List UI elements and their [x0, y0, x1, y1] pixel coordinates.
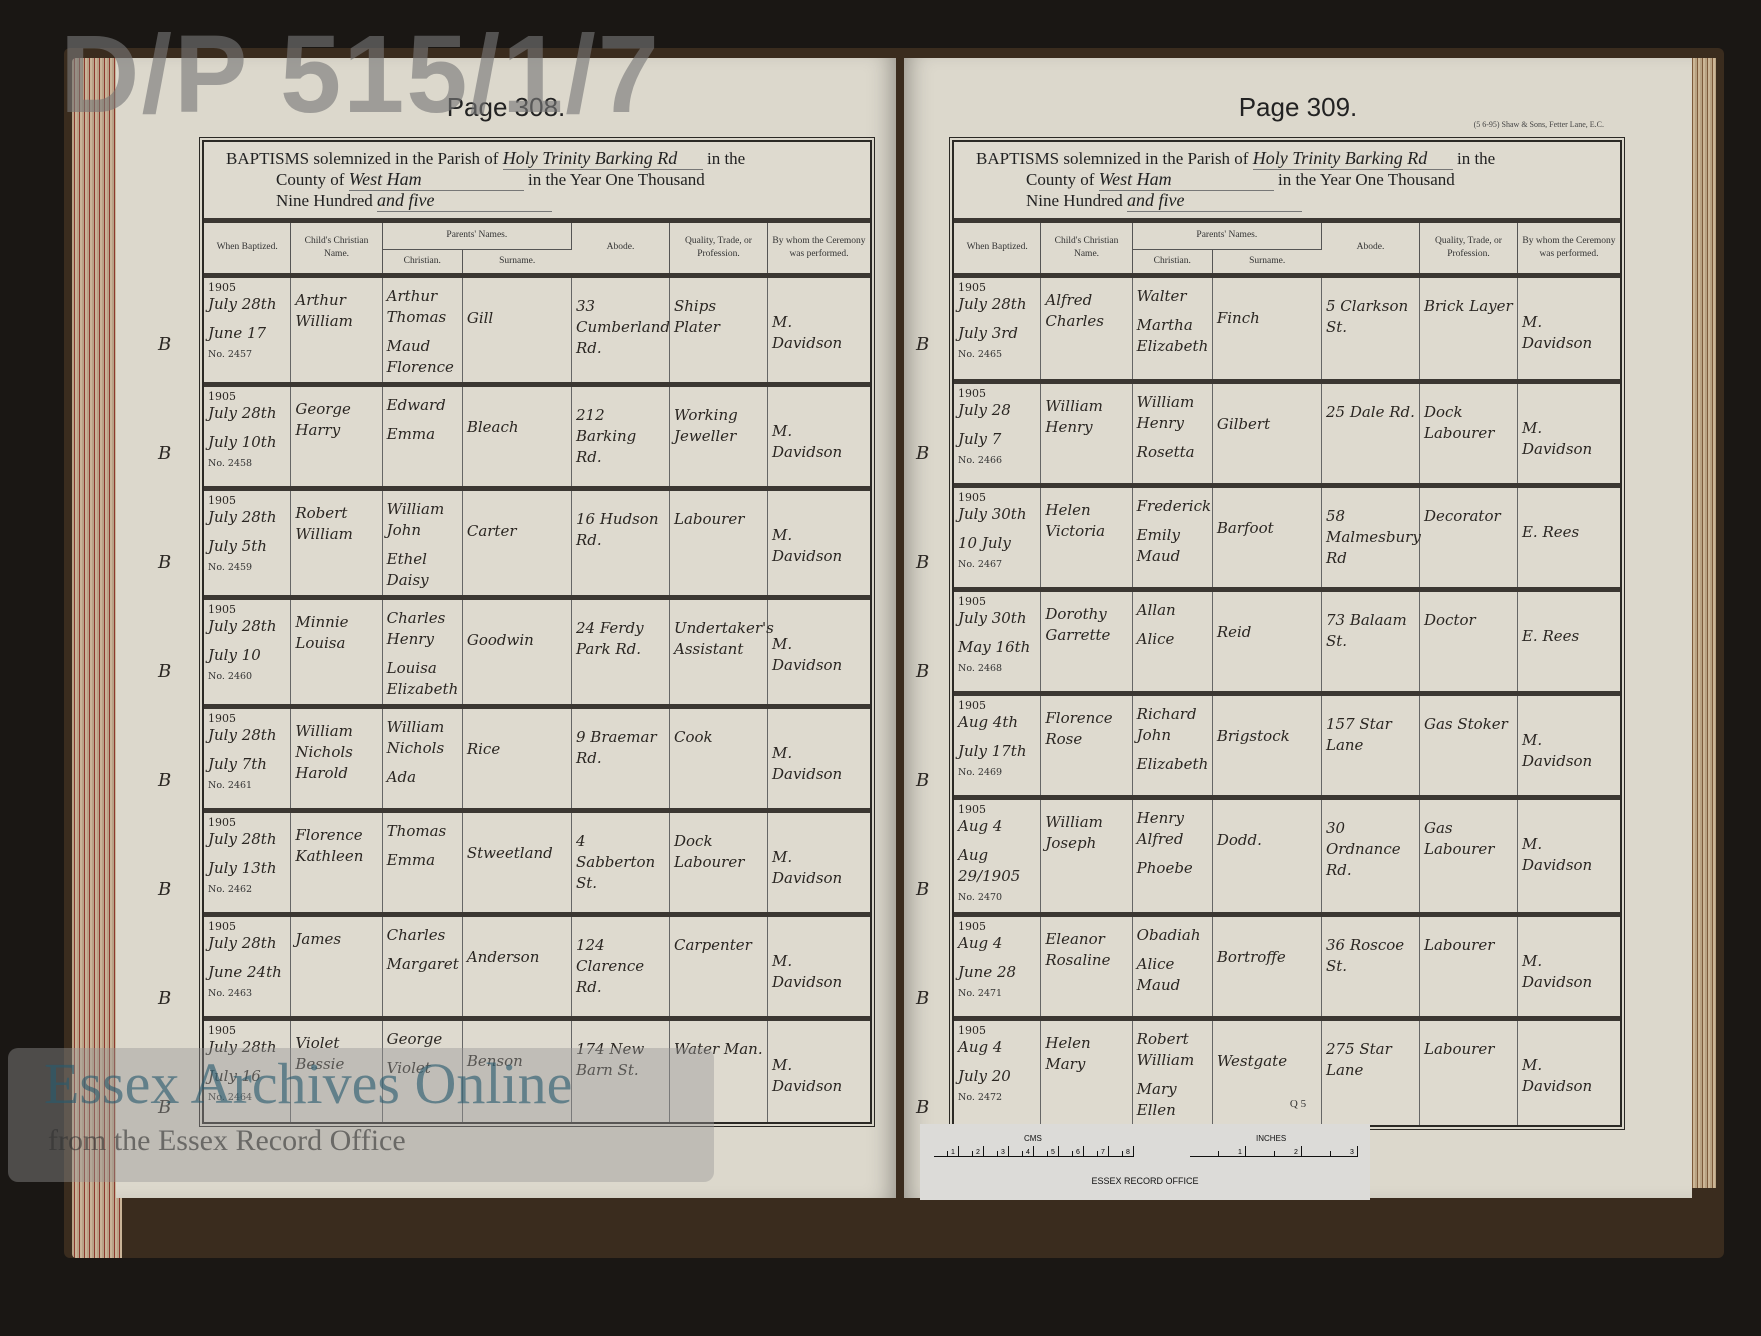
- father-name: Arthur Thomas: [387, 286, 458, 328]
- parents-christian-cell: AllanAlice: [1132, 590, 1212, 694]
- inch-scale: 123: [1190, 1146, 1358, 1157]
- entry-number: No. 2469: [958, 762, 1036, 783]
- ruler-number: 8: [1126, 1149, 1130, 1156]
- officiant: M. Davidson: [767, 597, 870, 706]
- ruler-number: 7: [1101, 1149, 1105, 1156]
- reference-watermark: D/P 515/1/7: [60, 20, 661, 130]
- baptism-mark: B: [158, 552, 171, 573]
- officiant: M. Davidson: [767, 810, 870, 914]
- ruler-tick: [1083, 1146, 1084, 1156]
- officiant: M. Davidson: [1517, 278, 1620, 382]
- officiant: E. Rees: [1517, 590, 1620, 694]
- heading-text: in the Year One Thousand: [1278, 170, 1455, 189]
- mother-name: Ada: [387, 767, 458, 788]
- col-surname: Surname.: [462, 249, 571, 275]
- father-name: Richard John: [1137, 704, 1208, 746]
- baptism-date-cell: 1905July 28thJuly 10thNo. 2458: [204, 384, 291, 488]
- father-name: Charles: [387, 925, 458, 946]
- trade: Decorator: [1419, 486, 1517, 590]
- parents-christian-cell: Arthur ThomasMaud Florence: [382, 278, 462, 385]
- baptism-date-cell: 1905July 28thJune 24thNo. 2463: [204, 914, 291, 1018]
- mother-name: Alice: [1137, 629, 1208, 650]
- baptized-date: Aug 4: [958, 933, 1036, 954]
- year: 1905: [958, 700, 1036, 712]
- baptism-date-cell: 1905July 28thJune 17No. 2457: [204, 278, 291, 385]
- trade: Brick Layer: [1419, 278, 1517, 382]
- col-abode: Abode.: [1321, 223, 1419, 275]
- ruler-tick: [1357, 1146, 1358, 1156]
- baptized-date: July 28th: [958, 294, 1036, 315]
- signature-mark: Q 5: [904, 1098, 1692, 1110]
- surname: Stweetland: [462, 810, 571, 914]
- surname: Gill: [462, 278, 571, 385]
- officiant: M. Davidson: [767, 384, 870, 488]
- col-quality: Quality, Trade, or Profession.: [1419, 223, 1517, 275]
- table-row: 1905Aug 4June 28No. 2471Eleanor Rosaline…: [954, 915, 1620, 1019]
- table-row: 1905July 30th10 JulyNo. 2467Helen Victor…: [954, 486, 1620, 590]
- abode: 73 Balaam St.: [1321, 590, 1419, 694]
- parents-christian-cell: Henry AlfredPhoebe: [1132, 798, 1212, 915]
- child-name: Eleanor Rosaline: [1041, 915, 1132, 1019]
- year: 1905: [208, 921, 286, 933]
- col-parents: Parents' Names.: [1132, 223, 1321, 249]
- trade: Dock Labourer: [1419, 382, 1517, 486]
- father-name: Frederick: [1137, 496, 1208, 517]
- entries-table: When Baptized.Child's Christian Name.Par…: [954, 223, 1620, 1125]
- col-abode: Abode.: [571, 223, 669, 275]
- baptism-mark: B: [916, 552, 929, 573]
- surname: Carter: [462, 488, 571, 597]
- baptism-mark: B: [916, 1097, 929, 1118]
- child-name: Florence Kathleen: [291, 810, 382, 914]
- baptized-date: July 28th: [208, 507, 286, 528]
- entry-number: No. 2466: [958, 450, 1036, 471]
- father-name: Edward: [387, 395, 458, 416]
- archive-overlay-title: Essex Archives Online: [44, 1050, 572, 1117]
- ruler-tick: [997, 1151, 998, 1156]
- abode: 9 Braemar Rd.: [571, 706, 669, 810]
- baptism-date-cell: 1905July 28thJuly 3rdNo. 2465: [954, 278, 1041, 382]
- table-row: 1905Aug 4Aug 29/1905No. 2470William Jose…: [954, 798, 1620, 915]
- scale-ruler: 12345678 CMS 123 INCHES ESSEX RECORD OFF…: [920, 1124, 1370, 1200]
- col-quality: Quality, Trade, or Profession.: [669, 223, 767, 275]
- mother-name: Phoebe: [1137, 858, 1208, 879]
- child-name: Minnie Louisa: [291, 597, 382, 706]
- ruler-tick: [1108, 1146, 1109, 1156]
- baptized-date: July 28th: [208, 403, 286, 424]
- ruler-number: 2: [1294, 1149, 1298, 1156]
- father-name: William Nichols: [387, 717, 458, 759]
- birth-date: July 10th: [208, 432, 286, 453]
- ruler-tick: [1122, 1151, 1123, 1156]
- parents-christian-cell: WalterMartha Elizabeth: [1132, 278, 1212, 382]
- entries-table: When Baptized.Child's Christian Name.Par…: [204, 223, 870, 1122]
- birth-date: July 7: [958, 429, 1036, 450]
- ruler-number: 1: [951, 1149, 955, 1156]
- ruler-tick: [1047, 1151, 1048, 1156]
- heading-text: County of: [276, 170, 344, 189]
- officiant: M. Davidson: [1517, 798, 1620, 915]
- parents-christian-cell: FrederickEmily Maud: [1132, 486, 1212, 590]
- birth-date: May 16th: [958, 637, 1036, 658]
- ruler-tick: [1022, 1151, 1023, 1156]
- entry-number: No. 2468: [958, 658, 1036, 679]
- table-row: 1905July 28thJune 17No. 2457Arthur Willi…: [204, 278, 870, 385]
- ruler-tick: [1301, 1146, 1302, 1156]
- year: 1905: [208, 282, 286, 294]
- surname: Dodd.: [1212, 798, 1321, 915]
- mother-name: Elizabeth: [1137, 754, 1208, 775]
- col-when: When Baptized.: [204, 223, 291, 275]
- trade: Working Jeweller: [669, 384, 767, 488]
- heading-text: in the: [1457, 149, 1495, 168]
- inches-label: INCHES: [1256, 1134, 1286, 1143]
- father-name: Thomas: [387, 821, 458, 842]
- child-name: William Henry: [1041, 382, 1132, 486]
- heading-text: in the Year One Thousand: [528, 170, 705, 189]
- page-title: Page 309.: [904, 92, 1692, 123]
- record-office-label: ESSEX RECORD OFFICE: [920, 1176, 1370, 1186]
- year-field: and five: [377, 190, 552, 212]
- birth-date: June 17: [208, 323, 286, 344]
- baptism-mark: B: [158, 879, 171, 900]
- parents-christian-cell: EdwardEmma: [382, 384, 462, 488]
- parents-christian-cell: CharlesMargaret: [382, 914, 462, 1018]
- mother-name: Maud Florence: [387, 336, 458, 378]
- birth-date: July 13th: [208, 858, 286, 879]
- year: 1905: [958, 596, 1036, 608]
- baptized-date: Aug 4th: [958, 712, 1036, 733]
- baptism-mark: B: [158, 334, 171, 355]
- year: 1905: [208, 495, 286, 507]
- officiant: E. Rees: [1517, 486, 1620, 590]
- birth-date: July 17th: [958, 741, 1036, 762]
- ruler-tick: [1330, 1151, 1331, 1156]
- father-name: George: [387, 1029, 458, 1050]
- child-name: William Joseph: [1041, 798, 1132, 915]
- year: 1905: [208, 1025, 286, 1037]
- cm-scale: 12345678: [934, 1146, 1134, 1157]
- heading-text: County of: [1026, 170, 1094, 189]
- mother-name: Martha Elizabeth: [1137, 315, 1208, 357]
- birth-date: June 24th: [208, 962, 286, 983]
- birth-date: July 20: [958, 1066, 1036, 1087]
- baptized-date: Aug 4: [958, 816, 1036, 837]
- ruler-tick: [1058, 1146, 1059, 1156]
- abode: 124 Clarence Rd.: [571, 914, 669, 1018]
- register-table: BAPTISMS solemnized in the Parish of Hol…: [952, 140, 1622, 1127]
- year: 1905: [958, 1025, 1036, 1037]
- father-name: Walter: [1137, 286, 1208, 307]
- ruler-tick: [1133, 1146, 1134, 1156]
- abode: 36 Roscoe St.: [1321, 915, 1419, 1019]
- baptism-date-cell: 1905Aug 4Aug 29/1905No. 2470: [954, 798, 1041, 915]
- abode: 25 Dale Rd.: [1321, 382, 1419, 486]
- table-row: 1905July 28thJune 24thNo. 2463JamesCharl…: [204, 914, 870, 1018]
- baptized-date: July 30th: [958, 608, 1036, 629]
- mother-name: Emma: [387, 424, 458, 445]
- parish-field: Holy Trinity Barking Rd: [1253, 148, 1453, 170]
- register-heading: BAPTISMS solemnized in the Parish of Hol…: [204, 142, 870, 218]
- ruler-tick: [983, 1146, 984, 1156]
- trade: Gas Stoker: [1419, 694, 1517, 798]
- col-surname: Surname.: [1212, 249, 1321, 275]
- baptism-mark: B: [916, 770, 929, 791]
- mother-name: Emma: [387, 850, 458, 871]
- register-table: BAPTISMS solemnized in the Parish of Hol…: [202, 140, 872, 1124]
- ruler-tick: [958, 1146, 959, 1156]
- col-child: Child's Christian Name.: [1041, 223, 1132, 275]
- birth-date: July 3rd: [958, 323, 1036, 344]
- year: 1905: [208, 391, 286, 403]
- baptism-mark: B: [916, 879, 929, 900]
- trade: Labourer: [1419, 915, 1517, 1019]
- entry-number: No. 2461: [208, 775, 286, 796]
- abode: 212 Barking Rd.: [571, 384, 669, 488]
- page-308: Page 308. BAPTISMS solemnized in the Par…: [116, 58, 896, 1198]
- abode: 157 Star Lane: [1321, 694, 1419, 798]
- abode: 58 Malmesbury Rd: [1321, 486, 1419, 590]
- archive-overlay-subtitle: from the Essex Record Office: [48, 1124, 406, 1158]
- child-name: William Nichols Harold: [291, 706, 382, 810]
- entry-number: No. 2458: [208, 453, 286, 474]
- baptized-date: July 28: [958, 400, 1036, 421]
- child-name: Dorothy Garrette: [1041, 590, 1132, 694]
- heading-text: BAPTISMS solemnized in the Parish of: [976, 149, 1248, 168]
- officiant: M. Davidson: [1517, 915, 1620, 1019]
- trade: Labourer: [669, 488, 767, 597]
- table-row: 1905July 30thMay 16thNo. 2468Dorothy Gar…: [954, 590, 1620, 694]
- register-heading: BAPTISMS solemnized in the Parish of Hol…: [954, 142, 1620, 218]
- ruler-tick: [1033, 1146, 1034, 1156]
- heading-text: Nine Hundred: [1026, 191, 1123, 210]
- heading-text: Nine Hundred: [276, 191, 373, 210]
- mother-name: Margaret: [387, 954, 458, 975]
- child-name: James: [291, 914, 382, 1018]
- parents-christian-cell: William HenryRosetta: [1132, 382, 1212, 486]
- baptism-mark: B: [158, 770, 171, 791]
- table-row: 1905July 28thJuly 10thNo. 2458George Har…: [204, 384, 870, 488]
- child-name: Alfred Charles: [1041, 278, 1132, 382]
- parents-christian-cell: Charles HenryLouisa Elizabeth: [382, 597, 462, 706]
- birth-date: July 5th: [208, 536, 286, 557]
- trade: Doctor: [1419, 590, 1517, 694]
- table-row: 1905July 28thJuly 3rdNo. 2465Alfred Char…: [954, 278, 1620, 382]
- trade: Undertaker's Assistant: [669, 597, 767, 706]
- entry-number: No. 2459: [208, 557, 286, 578]
- baptism-date-cell: 1905July 30thMay 16thNo. 2468: [954, 590, 1041, 694]
- baptism-date-cell: 1905Aug 4thJuly 17thNo. 2469: [954, 694, 1041, 798]
- baptism-mark: B: [158, 661, 171, 682]
- printer-note: (5 6-95) Shaw & Sons, Fetter Lane, E.C.: [1474, 120, 1604, 129]
- father-name: William John: [387, 499, 458, 541]
- table-row: 1905July 28thJuly 13thNo. 2462Florence K…: [204, 810, 870, 914]
- year: 1905: [958, 388, 1036, 400]
- entry-number: No. 2457: [208, 344, 286, 365]
- baptism-mark: B: [158, 988, 171, 1009]
- entry-number: No. 2471: [958, 983, 1036, 1004]
- mother-name: Louisa Elizabeth: [387, 658, 458, 700]
- birth-date: July 10: [208, 645, 286, 666]
- officiant: M. Davidson: [767, 1018, 870, 1122]
- child-name: Helen Victoria: [1041, 486, 1132, 590]
- ruler-tick: [1008, 1146, 1009, 1156]
- child-name: Robert William: [291, 488, 382, 597]
- surname: Bleach: [462, 384, 571, 488]
- year: 1905: [958, 492, 1036, 504]
- child-name: Arthur William: [291, 278, 382, 385]
- baptized-date: Aug 4: [958, 1037, 1036, 1058]
- page-edges-right: [1690, 58, 1716, 1188]
- table-row: 1905July 28thJuly 7thNo. 2461William Nic…: [204, 706, 870, 810]
- ruler-tick: [1072, 1151, 1073, 1156]
- surname: Bortroffe: [1212, 915, 1321, 1019]
- baptism-date-cell: 1905Aug 4June 28No. 2471: [954, 915, 1041, 1019]
- baptism-date-cell: 1905July 28thJuly 7thNo. 2461: [204, 706, 291, 810]
- officiant: M. Davidson: [767, 706, 870, 810]
- ruler-tick: [1274, 1151, 1275, 1156]
- baptized-date: July 28th: [208, 933, 286, 954]
- mother-name: Emily Maud: [1137, 525, 1208, 567]
- baptism-mark: B: [916, 988, 929, 1009]
- col-by-whom: By whom the Ceremony was performed.: [1517, 223, 1620, 275]
- ruler-tick: [1245, 1146, 1246, 1156]
- trade: Carpenter: [669, 914, 767, 1018]
- officiant: M. Davidson: [1517, 382, 1620, 486]
- ruler-tick: [1097, 1151, 1098, 1156]
- entry-number: No. 2462: [208, 879, 286, 900]
- ruler-number: 1: [1238, 1149, 1242, 1156]
- year: 1905: [208, 817, 286, 829]
- trade: Dock Labourer: [669, 810, 767, 914]
- baptized-date: July 28th: [208, 616, 286, 637]
- trade: Ships Plater: [669, 278, 767, 385]
- parents-christian-cell: William NicholsAda: [382, 706, 462, 810]
- entry-number: No. 2460: [208, 666, 286, 687]
- father-name: Robert William: [1137, 1029, 1208, 1071]
- trade: Gas Labourer: [1419, 798, 1517, 915]
- parents-christian-cell: Richard JohnElizabeth: [1132, 694, 1212, 798]
- entry-number: No. 2470: [958, 887, 1036, 908]
- mother-name: Alice Maud: [1137, 954, 1208, 996]
- year: 1905: [958, 921, 1036, 933]
- entry-number: No. 2463: [208, 983, 286, 1004]
- birth-date: 10 July: [958, 533, 1036, 554]
- birth-date: Aug 29/1905: [958, 845, 1036, 887]
- entry-number: No. 2467: [958, 554, 1036, 575]
- officiant: M. Davidson: [1517, 694, 1620, 798]
- officiant: M. Davidson: [767, 278, 870, 385]
- birth-date: July 7th: [208, 754, 286, 775]
- baptized-date: July 28th: [208, 294, 286, 315]
- baptism-mark: B: [158, 443, 171, 464]
- mother-name: Rosetta: [1137, 442, 1208, 463]
- baptism-date-cell: 1905July 28thJuly 10No. 2460: [204, 597, 291, 706]
- county-field: West Ham: [1099, 169, 1274, 191]
- table-row: 1905July 28thJuly 10No. 2460Minnie Louis…: [204, 597, 870, 706]
- surname: Gilbert: [1212, 382, 1321, 486]
- county-field: West Ham: [349, 169, 524, 191]
- abode: 33 Cumberland Rd.: [571, 278, 669, 385]
- heading-text: BAPTISMS solemnized in the Parish of: [226, 149, 498, 168]
- surname: Rice: [462, 706, 571, 810]
- child-name: Florence Rose: [1041, 694, 1132, 798]
- year: 1905: [958, 282, 1036, 294]
- trade: Cook: [669, 706, 767, 810]
- abode: 16 Hudson Rd.: [571, 488, 669, 597]
- table-row: 1905July 28July 7No. 2466William HenryWi…: [954, 382, 1620, 486]
- birth-date: June 28: [958, 962, 1036, 983]
- col-when: When Baptized.: [954, 223, 1041, 275]
- ruler-tick: [1218, 1151, 1219, 1156]
- surname: Goodwin: [462, 597, 571, 706]
- surname: Anderson: [462, 914, 571, 1018]
- baptized-date: July 30th: [958, 504, 1036, 525]
- mother-name: Ethel Daisy: [387, 549, 458, 591]
- table-row: 1905Aug 4thJuly 17thNo. 2469Florence Ros…: [954, 694, 1620, 798]
- col-child: Child's Christian Name.: [291, 223, 382, 275]
- baptism-mark: B: [916, 661, 929, 682]
- ruler-tick: [972, 1151, 973, 1156]
- abode: 24 Ferdy Park Rd.: [571, 597, 669, 706]
- entry-number: No. 2465: [958, 344, 1036, 365]
- ruler-number: 5: [1051, 1149, 1055, 1156]
- baptism-mark: B: [916, 443, 929, 464]
- father-name: Obadiah: [1137, 925, 1208, 946]
- baptized-date: July 28th: [208, 829, 286, 850]
- abode: 30 Ordnance Rd.: [1321, 798, 1419, 915]
- col-by-whom: By whom the Ceremony was performed.: [767, 223, 870, 275]
- parents-christian-cell: William JohnEthel Daisy: [382, 488, 462, 597]
- father-name: Charles Henry: [387, 608, 458, 650]
- father-name: Allan: [1137, 600, 1208, 621]
- surname: Brigstock: [1212, 694, 1321, 798]
- surname: Barfoot: [1212, 486, 1321, 590]
- baptized-date: July 28th: [208, 725, 286, 746]
- col-christian: Christian.: [1132, 249, 1212, 275]
- baptism-date-cell: 1905July 28thJuly 13thNo. 2462: [204, 810, 291, 914]
- ruler-number: 3: [1001, 1149, 1005, 1156]
- ruler-number: 3: [1350, 1149, 1354, 1156]
- col-christian: Christian.: [382, 249, 462, 275]
- table-row: 1905July 28thJuly 5thNo. 2459Robert Will…: [204, 488, 870, 597]
- baptism-date-cell: 1905July 28thJuly 5thNo. 2459: [204, 488, 291, 597]
- child-name: George Harry: [291, 384, 382, 488]
- parents-christian-cell: ObadiahAlice Maud: [1132, 915, 1212, 1019]
- heading-text: in the: [707, 149, 745, 168]
- baptism-date-cell: 1905July 28July 7No. 2466: [954, 382, 1041, 486]
- father-name: William Henry: [1137, 392, 1208, 434]
- abode: 4 Sabberton St.: [571, 810, 669, 914]
- page-309: Page 309. (5 6-95) Shaw & Sons, Fetter L…: [904, 58, 1692, 1198]
- parents-christian-cell: ThomasEmma: [382, 810, 462, 914]
- parish-field: Holy Trinity Barking Rd: [503, 148, 703, 170]
- col-parents: Parents' Names.: [382, 223, 571, 249]
- surname: Reid: [1212, 590, 1321, 694]
- ruler-number: 6: [1076, 1149, 1080, 1156]
- officiant: M. Davidson: [767, 914, 870, 1018]
- year: 1905: [208, 604, 286, 616]
- ruler-number: 2: [976, 1149, 980, 1156]
- surname: Finch: [1212, 278, 1321, 382]
- baptism-date-cell: 1905July 30th10 JulyNo. 2467: [954, 486, 1041, 590]
- year-field: and five: [1127, 190, 1302, 212]
- abode: 5 Clarkson St.: [1321, 278, 1419, 382]
- officiant: M. Davidson: [767, 488, 870, 597]
- baptism-mark: B: [916, 334, 929, 355]
- ruler-number: 4: [1026, 1149, 1030, 1156]
- father-name: Henry Alfred: [1137, 808, 1208, 850]
